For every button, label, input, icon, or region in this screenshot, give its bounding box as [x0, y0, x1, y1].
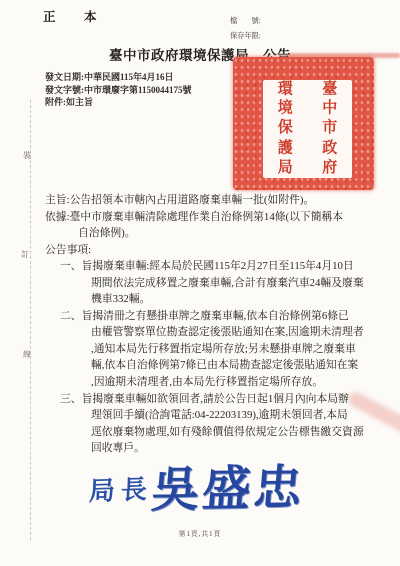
body-line: 逕依廢棄物處理,如有殘餘價值得依規定公告標售繳交資源 [45, 424, 397, 441]
official-announcement-document: 正 本 檔 號: 保存年限: 臺中市政府環境保護局 公告 發文日期:中華民國11… [0, 0, 400, 566]
body-line: 由權管警察單位勘查認定後張貼通知在案,因逾期未清理者 [45, 324, 397, 341]
director-title: 局長 [88, 469, 153, 508]
body-line: 主旨:公告招領本市轄內占用道路廢棄車輛一批(如附件)。 [45, 192, 397, 209]
agency-seal-inner: 臺中市政府 環境保護局 [263, 80, 352, 178]
body-line: 期間依法完成移置之廢棄車輛,合計有廢棄汽車24輛及廢棄 [45, 275, 397, 292]
archive-info: 檔 號: 保存年限: [230, 14, 261, 44]
copy-type-label: 正 本 [43, 7, 105, 25]
seal-text-left-column: 環境保護局 [278, 80, 293, 178]
body-line: ,通知本局先行移置指定場所存放;另未懸掛車牌之廢棄車 [45, 341, 397, 358]
body-line: 自治條例)。 [45, 225, 397, 242]
body-line: 輛,依本自治條例第7條已由本局勘查認定後張貼通知在案 [45, 357, 397, 374]
binding-mark-ding: 訂 [21, 249, 29, 260]
document-meta: 發文日期:中華民國115年4月16日 發文字號:中市環廢字第1150044175… [45, 71, 192, 109]
body-line: 二、旨揭清冊之有懸掛車牌之廢棄車輛,依本自治條例第6條已 [45, 308, 397, 325]
body-line: 一、旨揭廢棄車輛:經本局於民國115年2月27日至115年4月10日 [45, 258, 397, 275]
announcement-body: 主旨:公告招領本市轄內占用道路廢棄車輛一批(如附件)。 依據:臺中市廢棄車輛清除… [45, 192, 397, 457]
binding-mark-zhuang: 裝 [23, 150, 31, 161]
attachment-line: 附件:如主旨 [45, 96, 192, 109]
retention-period-label: 保存年限: [230, 29, 261, 44]
seal-text-right-column: 臺中市政府 [322, 80, 337, 178]
issue-date-line: 發文日期:中華民國115年4月16日 [45, 71, 192, 84]
body-line: 理領回手續(洽詢電話:04-22203139),逾期未領回者,本局 [45, 407, 397, 424]
body-line: 機車332輛。 [45, 291, 397, 308]
file-number-label: 檔 號: [230, 14, 261, 29]
body-line: 三、旨揭廢棄車輛如欲領回者,請於公告日起1個月內向本局辦 [45, 391, 397, 408]
body-line: ,因逾期未清理者,由本局先行移置指定場所存放。 [45, 374, 397, 391]
issue-number-line: 發文字號:中市環廢字第1150044175號 [45, 84, 192, 97]
binding-dashed-line [30, 100, 31, 540]
page-number-footer: 第1頁,共1頁 [0, 528, 400, 538]
body-line: 公告事項: [45, 242, 397, 259]
director-signature: 吳盛忠 [149, 449, 308, 521]
binding-mark-xian: 線 [23, 349, 31, 360]
agency-seal-stamp: 臺中市政府 環境保護局 [233, 57, 374, 190]
body-line: 依據:臺中市廢棄車輛清除處理作業自治條例第14條(以下簡稱本 [45, 209, 397, 226]
